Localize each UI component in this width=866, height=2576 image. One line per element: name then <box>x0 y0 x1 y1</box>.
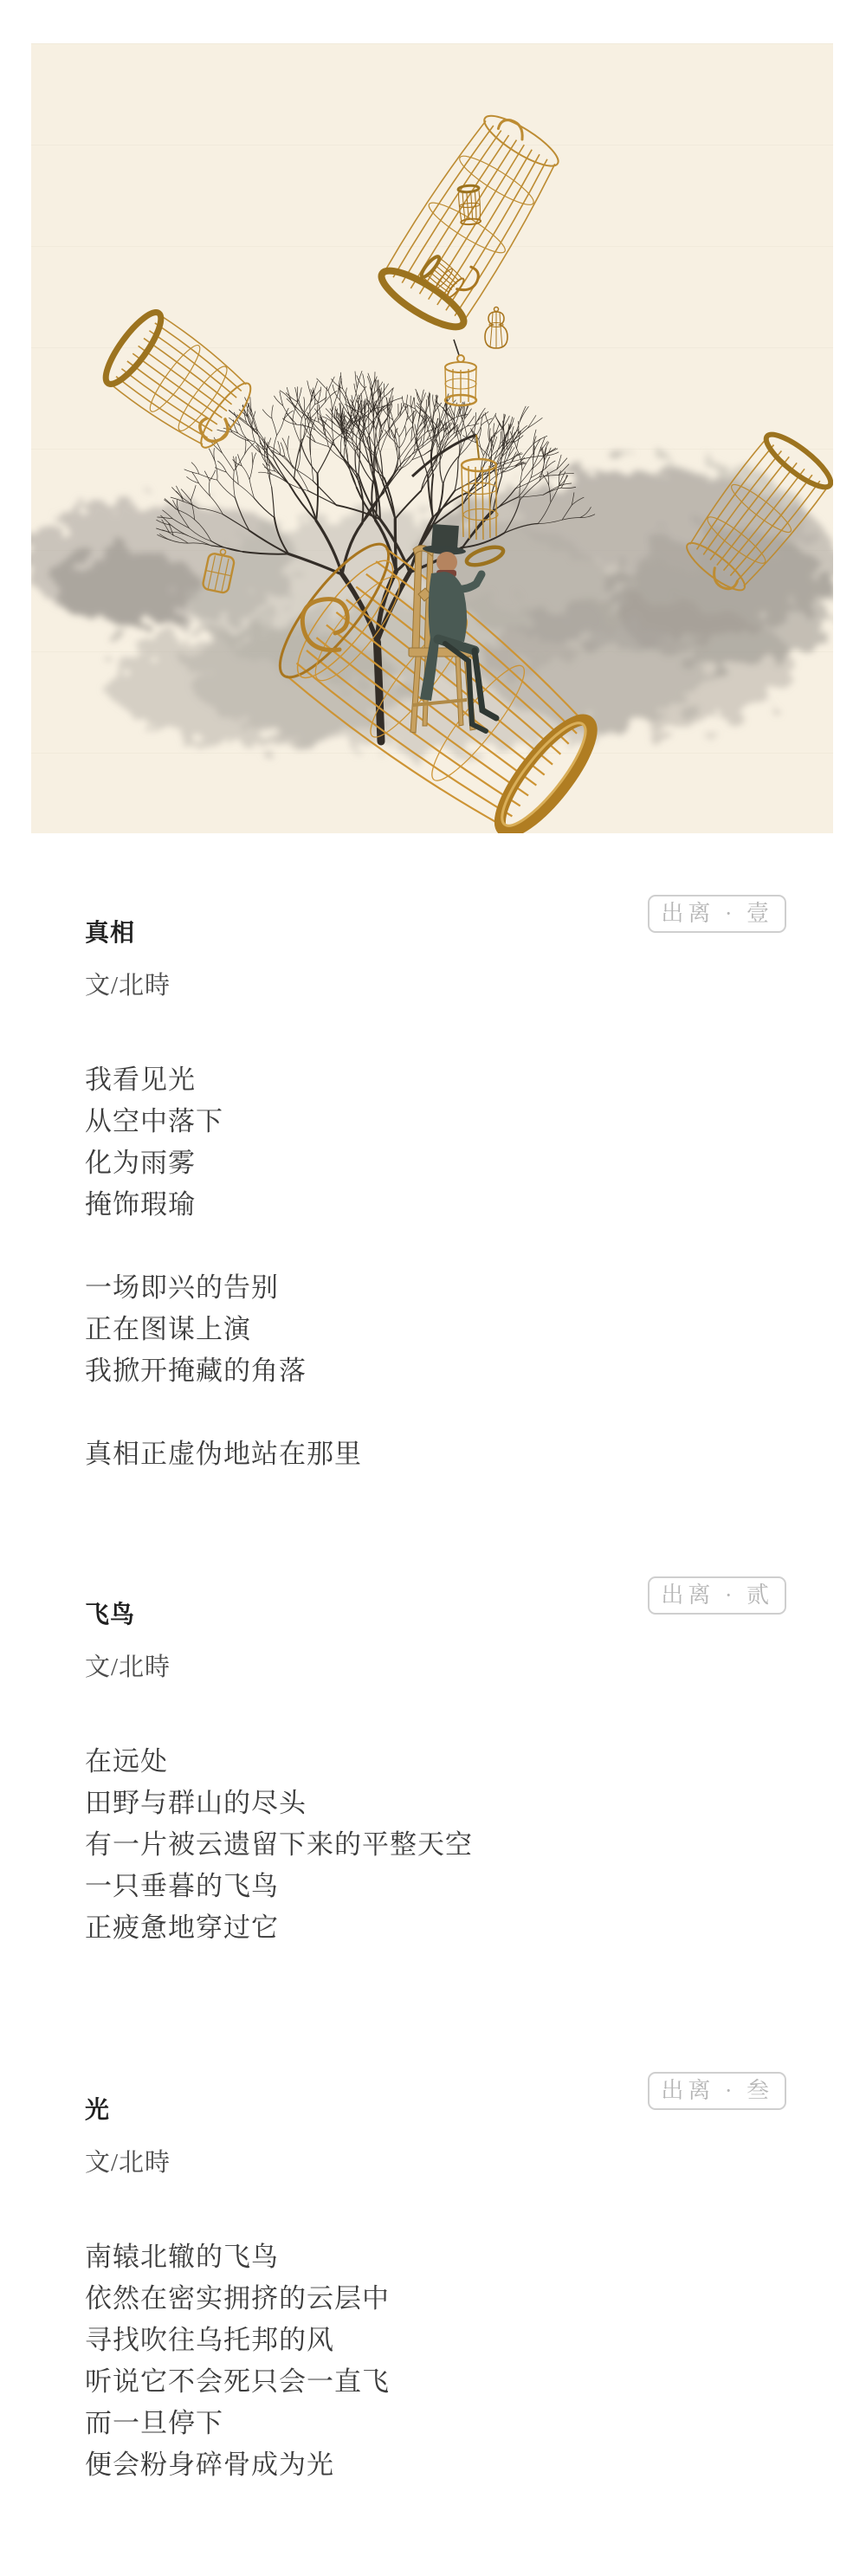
series-badge: 出离 · 壹 <box>648 895 786 933</box>
poem-body: 我看见光从空中落下化为雨雾掩饰瑕瑜一场即兴的告别正在图谋上演我掀开掩藏的角落真相… <box>85 1058 786 1473</box>
poem-line: 一场即兴的告别 <box>85 1265 786 1307</box>
poem-body: 南辕北辙的飞鸟依然在密实拥挤的云层中寻找吹往乌托邦的风听说它不会死只会一直飞而一… <box>85 2235 786 2484</box>
series-badge: 出离 · 叁 <box>648 2072 786 2110</box>
poem-truth: 出离 · 壹 真相 文/北時 我看见光从空中落下化为雨雾掩饰瑕瑜一场即兴的告别正… <box>85 899 786 1515</box>
tree-hanging-cage <box>445 340 476 405</box>
poem-line: 在远处 <box>85 1739 786 1781</box>
illustration-canvas <box>31 43 833 833</box>
poem-line: 从空中落下 <box>85 1099 786 1141</box>
small-tilted-barrel-cage <box>419 243 482 306</box>
poem-line: 真相正虚伪地站在那里 <box>85 1432 786 1473</box>
man-head <box>436 552 457 573</box>
poem-light: 出离 · 叁 光 文/北時 南辕北辙的飞鸟依然在密实拥挤的云层中寻找吹往乌托邦的… <box>85 2076 786 2526</box>
stanza: 一场即兴的告别正在图谋上演我掀开掩藏的角落 <box>85 1265 786 1390</box>
poem-line: 一只垂暮的飞鸟 <box>85 1864 786 1906</box>
poem-line: 田野与群山的尽头 <box>85 1781 786 1822</box>
poem-line: 有一片被云遗留下来的平整天空 <box>85 1822 786 1864</box>
poem-line: 化为雨雾 <box>85 1141 786 1182</box>
header-illustration <box>31 43 833 833</box>
floating-cage-left <box>97 306 261 457</box>
floating-cage-top <box>375 105 569 336</box>
poem-line: 听说它不会死只会一直飞 <box>85 2359 786 2401</box>
poem-line: 便会粉身碎骨成为光 <box>85 2443 786 2484</box>
poem-line: 我看见光 <box>85 1058 786 1099</box>
poem-author: 文/北時 <box>85 1650 786 1685</box>
poem-line: 而一旦停下 <box>85 2401 786 2443</box>
poem-author: 文/北時 <box>85 968 786 1003</box>
stanza: 在远处田野与群山的尽头有一片被云遗留下来的平整天空一只垂暮的飞鸟正疲惫地穿过它 <box>85 1739 786 1947</box>
gourd-cage <box>485 307 507 349</box>
stanza: 南辕北辙的飞鸟依然在密实拥挤的云层中寻找吹往乌托邦的风听说它不会死只会一直飞而一… <box>85 2235 786 2484</box>
poem-flying-bird: 出离 · 贰 飞鸟 文/北時 在远处田野与群山的尽头有一片被云遗留下来的平整天空… <box>85 1581 786 1989</box>
small-lantern-cage <box>458 185 481 225</box>
stanza: 真相正虚伪地站在那里 <box>85 1432 786 1473</box>
poem-line: 正疲惫地穿过它 <box>85 1906 786 1947</box>
series-badge: 出离 · 贰 <box>648 1576 786 1615</box>
stanza: 我看见光从空中落下化为雨雾掩饰瑕瑜 <box>85 1058 786 1224</box>
poem-line: 掩饰瑕瑜 <box>85 1182 786 1224</box>
poem-author: 文/北時 <box>85 2146 786 2180</box>
page: { "illustration": { "alt": "Ink-style il… <box>0 0 866 2576</box>
poem-line: 南辕北辙的飞鸟 <box>85 2235 786 2276</box>
poem-line: 依然在密实拥挤的云层中 <box>85 2276 786 2318</box>
poem-line: 寻找吹往乌托邦的风 <box>85 2318 786 2359</box>
poem-body: 在远处田野与群山的尽头有一片被云遗留下来的平整天空一只垂暮的飞鸟正疲惫地穿过它 <box>85 1739 786 1947</box>
poem-line: 正在图谋上演 <box>85 1307 786 1349</box>
poem-line: 我掀开掩藏的角落 <box>85 1349 786 1390</box>
